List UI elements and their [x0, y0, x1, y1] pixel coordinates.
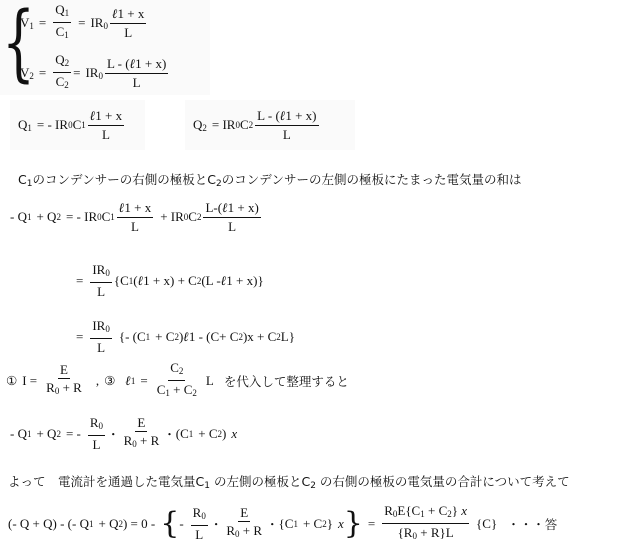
- equation-q2: Q2 = IR0 C2 L - (ℓ1 + x) L: [193, 108, 321, 142]
- fraction-q2-rhs: L - (ℓ1 + x) L: [255, 108, 318, 142]
- sentence-charge-sum: C1のコンデンサーの右側の極板とC2のコンデンサーの左側の極板にたまった電気量の…: [18, 170, 521, 189]
- fraction-current-2: E R0 + R: [122, 415, 162, 452]
- fraction-v2-rhs: L - (ℓ1 + x) L: [105, 56, 168, 90]
- answer-mark: 答: [545, 515, 558, 533]
- fraction-r0-l: R0 L: [88, 415, 105, 452]
- equation-q1: Q1 = - IR0 C1 ℓ1 + x L: [18, 108, 126, 142]
- fraction-current-final: E R0 + R: [224, 505, 264, 542]
- fraction-q1-rhs: ℓ1 + x L: [88, 108, 124, 142]
- fraction-r0-l-final: R0 L: [191, 505, 208, 542]
- equation-collect: = IR0 L {- (C1+ C2)ℓ1 - (C+ C2)x + C2L}: [76, 318, 295, 355]
- fraction-ir0-l: IR0 L: [90, 262, 112, 299]
- equation-sum: - Q1 + Q2 = - IR0 C1 ℓ1 + x L + IR0 C2 L…: [10, 200, 263, 234]
- unit-coulomb: {C}: [476, 516, 497, 532]
- equation-expand: = IR0 L {C1(ℓ1 + x) + C2(L - ℓ1 + x)}: [76, 262, 264, 299]
- fraction-v1-rhs: ℓ1 + x L: [110, 6, 146, 40]
- fraction-ir0-l-2: IR0 L: [90, 318, 112, 355]
- fraction-sum-term1: ℓ1 + x L: [117, 200, 153, 234]
- equation-result: - Q1 + Q2 = - R0 L ・ E R0 + R ・ (C1+ C2)…: [10, 415, 237, 452]
- sentence-galvanometer: よって 電流計を通過した電気量C1 の左側の極板とC2 の右側の極板の電気量の合…: [8, 472, 570, 491]
- equation-v2: V2 = Q2 C2 = IR0 L - (ℓ1 + x) L: [20, 52, 170, 93]
- fraction-current: E R0 + R: [44, 362, 84, 399]
- fraction-answer: R0E{C1 + C2} x {R0 + R}L: [382, 503, 469, 544]
- equation-v1: V1 = Q1 C1 = IR0 ℓ1 + x L: [20, 2, 148, 43]
- fraction-ell1: C2 C1 + C2: [155, 360, 199, 401]
- fraction-sum-term2: L-(ℓ1 + x) L: [203, 200, 260, 234]
- equation-final: (- Q + Q) - (- Q1 + Q2) = 0 - { - R0 L ・…: [8, 503, 557, 544]
- fraction-q2-c2: Q2 C2: [53, 52, 71, 93]
- fraction-q1-c1: Q1 C1: [53, 2, 71, 43]
- substitution-line: ① I = E R0 + R , ③ ℓ1= C2 C1 + C2 L を代入し…: [6, 360, 349, 401]
